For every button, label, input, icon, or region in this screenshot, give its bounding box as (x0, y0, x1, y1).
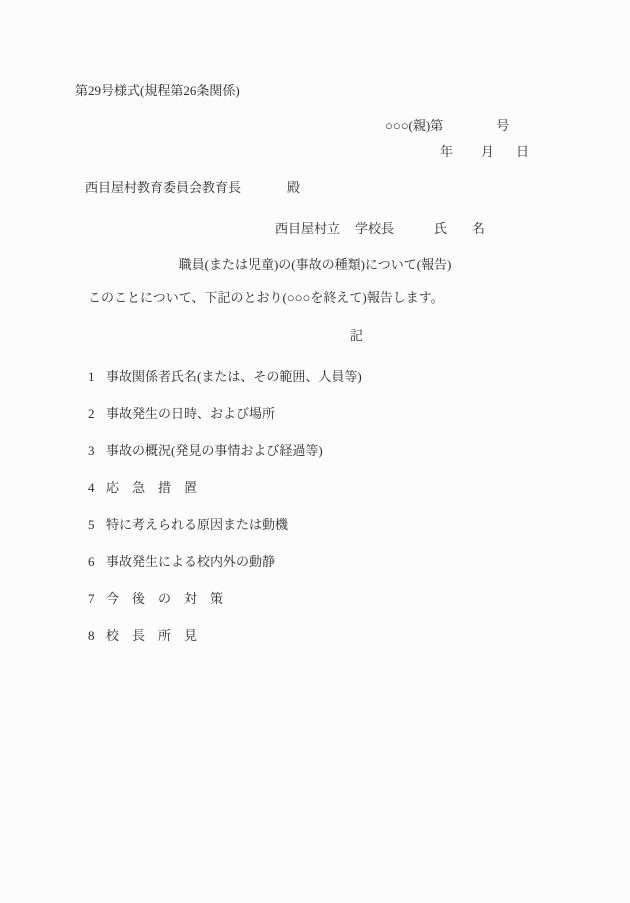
item-number: 8 (88, 629, 106, 642)
item-text: 事故発生の日時、および場所 (106, 406, 275, 421)
sender-surname-label: 氏 (434, 221, 447, 236)
recipient-line: 西目屋村教育委員会教育長殿 (85, 181, 300, 194)
list-item: 6事故発生による校内外の動静 (88, 555, 362, 568)
item-number: 5 (88, 518, 106, 531)
item-number: 2 (88, 407, 106, 420)
list-item: 5特に考えられる原因または動機 (88, 518, 362, 531)
item-text: 応 急 措 置 (106, 480, 197, 495)
list-item: 8校 長 所 見 (88, 629, 362, 642)
subject-title: 職員(または児童)の(事故の種類)について(報告) (0, 258, 630, 271)
item-text: 事故関係者氏名(または、その範囲、人員等) (106, 369, 362, 384)
item-number: 6 (88, 555, 106, 568)
document-number-suffix: 号 (496, 118, 509, 133)
item-text: 特に考えられる原因または動機 (106, 517, 288, 532)
date-day-label: 日 (516, 144, 529, 159)
item-text: 事故の概況(発見の事情および経過等) (106, 443, 323, 458)
list-item: 3事故の概況(発見の事情および経過等) (88, 444, 362, 457)
recipient-honorific: 殿 (287, 180, 300, 195)
date-month-label: 月 (481, 144, 494, 159)
item-number: 3 (88, 444, 106, 457)
item-number: 7 (88, 592, 106, 605)
date-year-label: 年 (440, 144, 453, 159)
item-number: 1 (88, 370, 106, 383)
report-form-page: 第29号様式(規程第26条関係) ○○○(親)第号 年月日 西目屋村教育委員会教… (0, 0, 630, 903)
item-text: 校 長 所 見 (106, 628, 197, 643)
sender-position: 学校長 (355, 221, 394, 236)
document-number-prefix: ○○○(親)第 (385, 118, 443, 133)
date-line: 年月日 (440, 145, 529, 158)
item-number: 4 (88, 481, 106, 494)
list-item: 1事故関係者氏名(または、その範囲、人員等) (88, 370, 362, 383)
sender-given-label: 名 (472, 221, 485, 236)
item-list: 1事故関係者氏名(または、その範囲、人員等) 2事故発生の日時、および場所 3事… (88, 370, 362, 666)
list-item: 2事故発生の日時、および場所 (88, 407, 362, 420)
sender-line: 西目屋村立学校長氏名 (275, 222, 485, 235)
form-number: 第29号様式(規程第26条関係) (75, 84, 240, 97)
item-text: 事故発生による校内外の動静 (106, 554, 275, 569)
list-item: 7今 後 の 対 策 (88, 592, 362, 605)
recipient-name: 西目屋村教育委員会教育長 (85, 180, 241, 195)
list-marker-ki: 記 (350, 329, 363, 342)
sender-organization: 西目屋村立 (275, 221, 340, 236)
document-number-line: ○○○(親)第号 (385, 119, 509, 132)
list-item: 4応 急 措 置 (88, 481, 362, 494)
item-text: 今 後 の 対 策 (106, 591, 223, 606)
body-text: このことについて、下記のとおり(○○○を終えて)報告します。 (88, 291, 444, 304)
